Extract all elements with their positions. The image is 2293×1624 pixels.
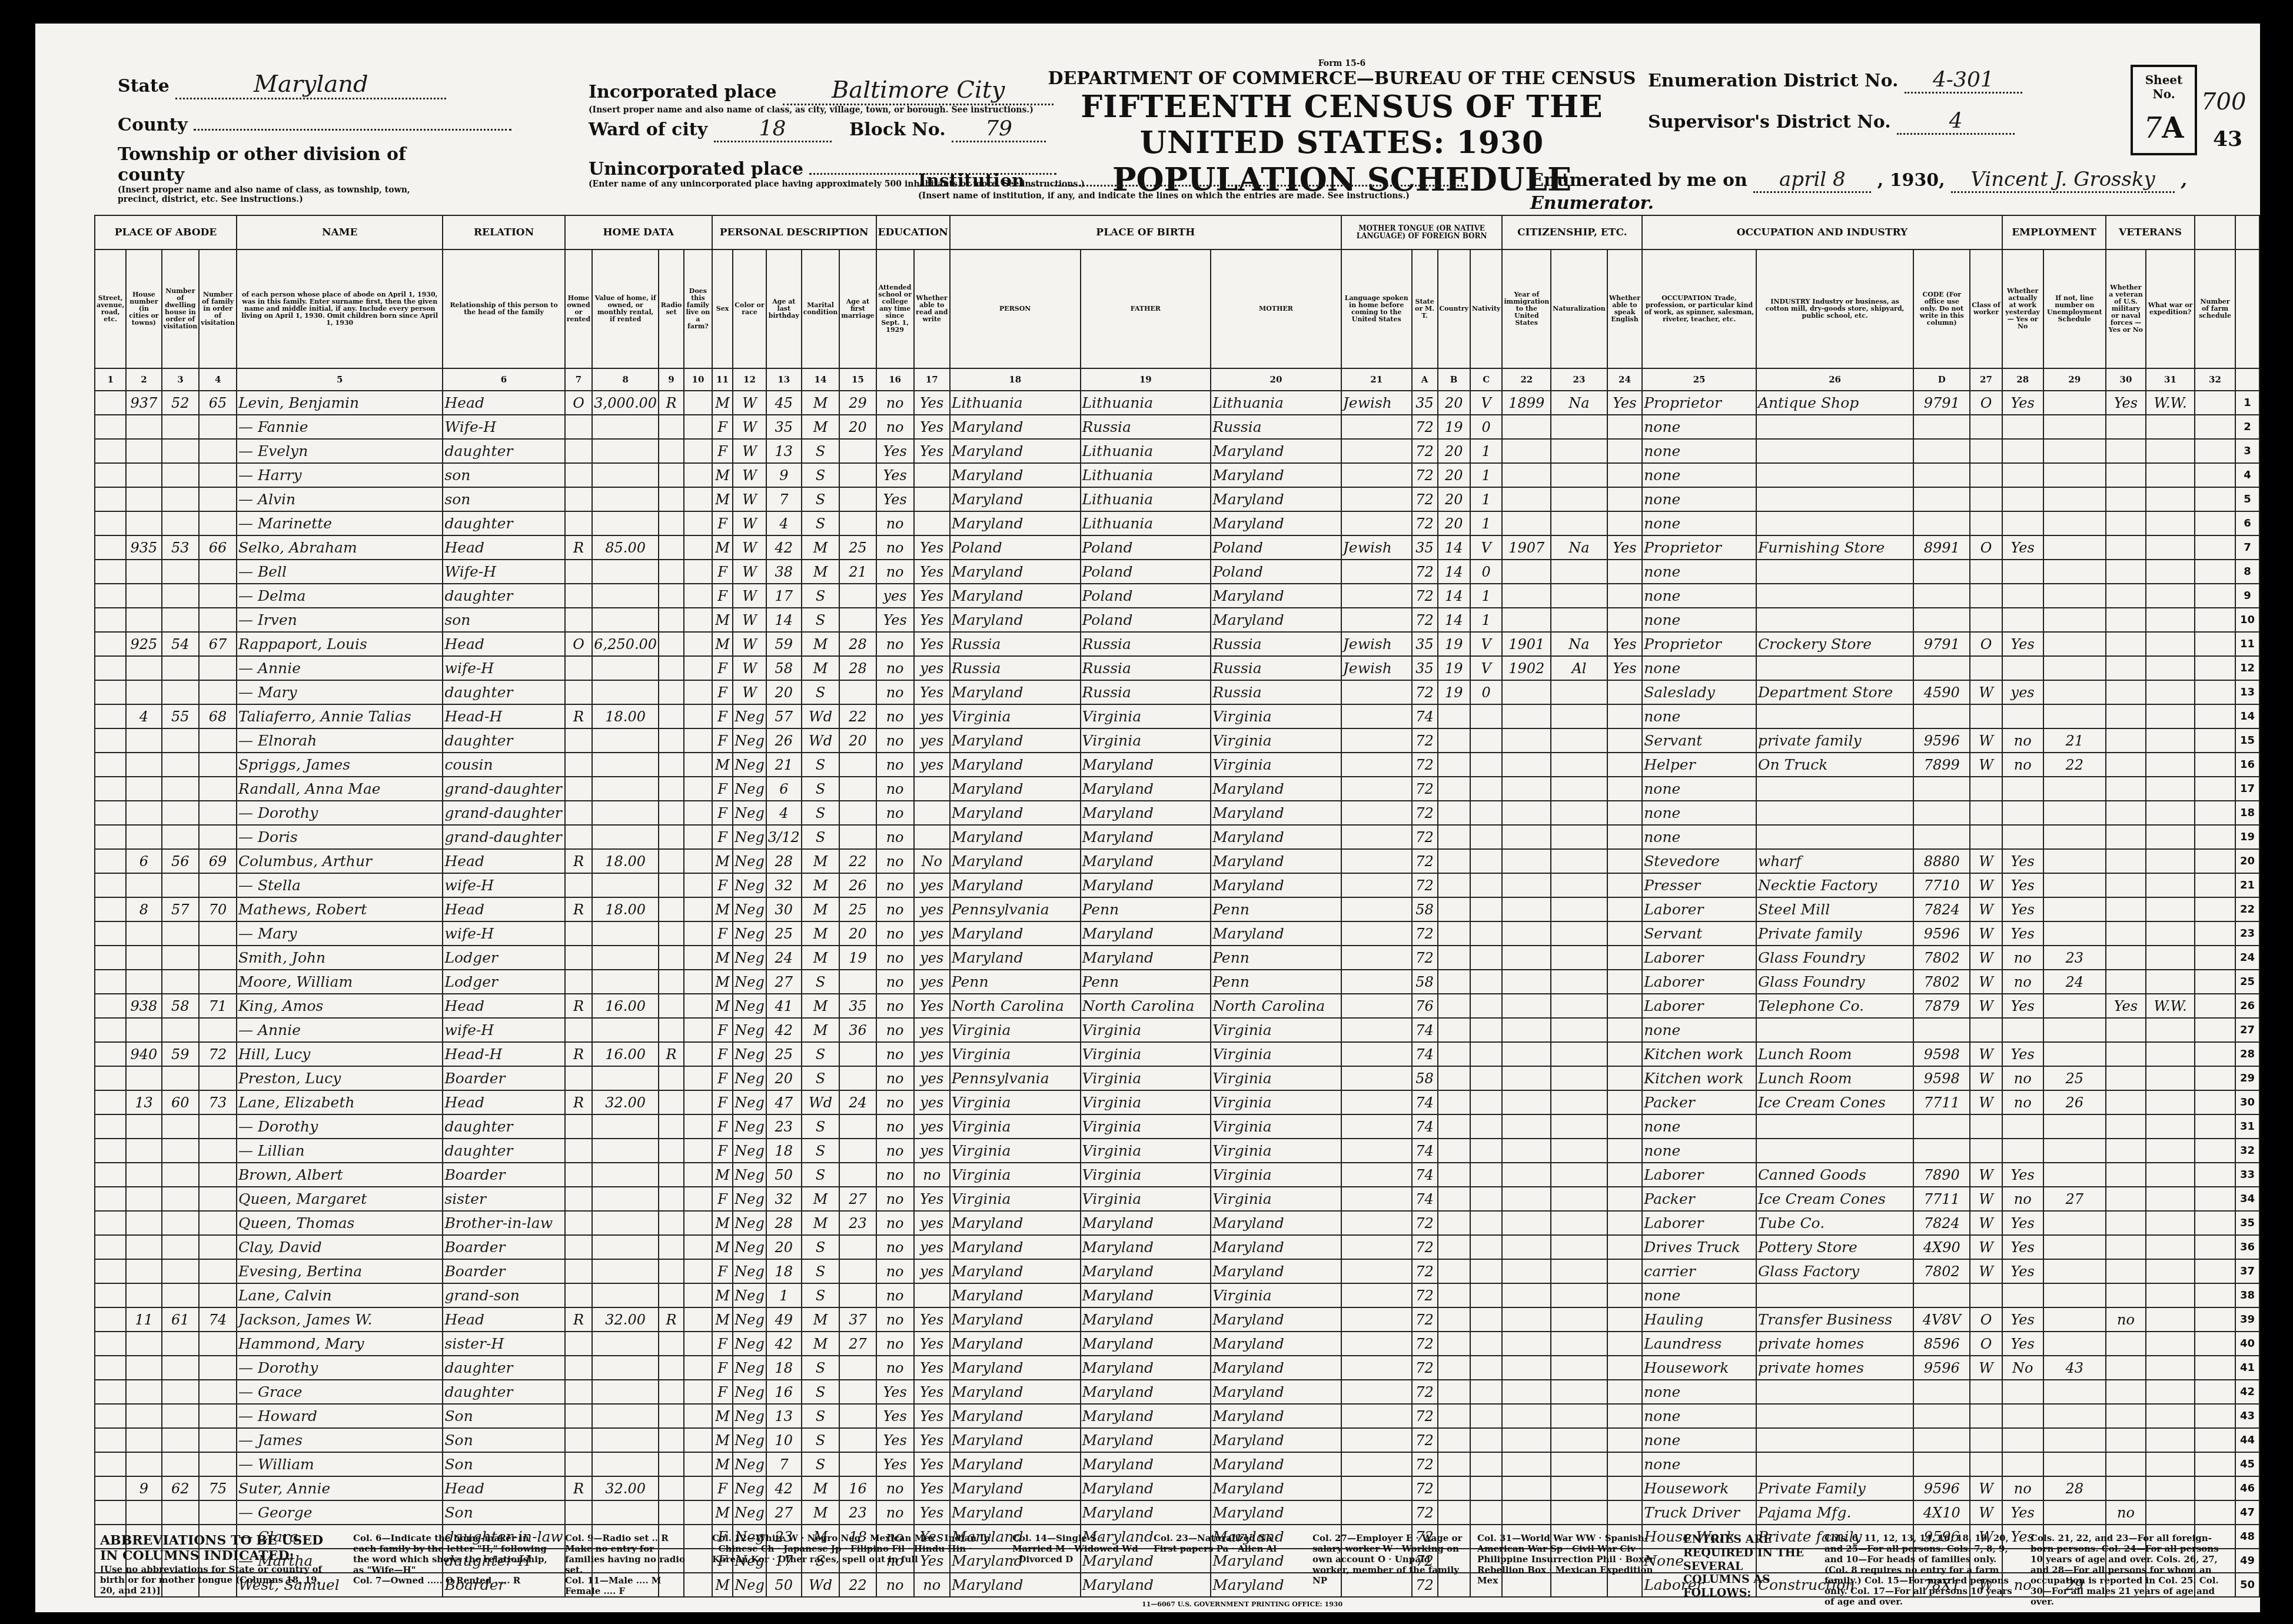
cell-occ: carrier bbox=[1642, 1259, 1756, 1283]
cell-rel: Lodger bbox=[443, 970, 564, 994]
cell-mar: Wd bbox=[802, 1090, 840, 1114]
cell-radio bbox=[659, 873, 684, 897]
cell-sex: F bbox=[712, 1259, 733, 1283]
cell-age: 18 bbox=[766, 1259, 802, 1283]
cell-lang bbox=[1341, 1452, 1412, 1476]
cell-ind: Glass Factory bbox=[1756, 1259, 1913, 1283]
cell-occ: Laborer bbox=[1642, 897, 1756, 921]
cell-cls: W bbox=[1970, 680, 2002, 704]
cell-name: — Delma bbox=[237, 584, 443, 608]
cell-bpf: Maryland bbox=[1081, 1500, 1211, 1525]
cell-code bbox=[1913, 656, 1970, 680]
column-number-30: 30 bbox=[2106, 368, 2146, 391]
table-row: — DelmadaughterFW17SyesYesMarylandPoland… bbox=[95, 584, 2259, 608]
cell-sex: F bbox=[712, 511, 733, 535]
col31-note: Col. 31—World War WW · Spanish-American … bbox=[1477, 1533, 1666, 1586]
cell-vet bbox=[2106, 849, 2146, 873]
cell-work bbox=[2002, 1018, 2043, 1042]
cell-eng: Yes bbox=[1607, 632, 1642, 656]
cell-radio bbox=[659, 801, 684, 825]
cell-sex: F bbox=[712, 584, 733, 608]
table-row: 136073Lane, ElizabethHeadR32.00FNeg47Wd2… bbox=[95, 1090, 2259, 1114]
cell-sch: Yes bbox=[876, 1380, 914, 1404]
cell-age: 57 bbox=[766, 704, 802, 728]
cell-read: yes bbox=[914, 1114, 950, 1139]
cell-mar: M bbox=[802, 1187, 840, 1211]
column-header-11: Sex bbox=[712, 249, 733, 368]
cell-agem: 19 bbox=[839, 946, 876, 970]
cell-b bbox=[1438, 1404, 1470, 1428]
column-header-27: Class of worker bbox=[1970, 249, 2002, 368]
cell-bpf: Lithuania bbox=[1081, 511, 1211, 535]
cell-cls: O bbox=[1970, 1307, 2002, 1332]
cell-line: 26 bbox=[2235, 994, 2259, 1018]
cell-sch: no bbox=[876, 946, 914, 970]
cell-bpf: Maryland bbox=[1081, 1283, 1211, 1307]
cell-sex: M bbox=[712, 1500, 733, 1525]
state-field: State Maryland bbox=[118, 71, 446, 99]
cell-own bbox=[565, 728, 593, 753]
cell-mar: S bbox=[802, 1114, 840, 1139]
cell-eng bbox=[1607, 970, 1642, 994]
cell-fam: 68 bbox=[199, 704, 237, 728]
cell-ind bbox=[1756, 463, 1913, 487]
cell-cls: W bbox=[1970, 1476, 2002, 1500]
cell-fam bbox=[199, 656, 237, 680]
cell-race: Neg bbox=[733, 970, 766, 994]
cell-c bbox=[1470, 1283, 1503, 1307]
cell-vet bbox=[2106, 728, 2146, 753]
col6-note: Col. 6—Indicate the home-maker in each f… bbox=[353, 1533, 547, 1575]
cell-code bbox=[1913, 608, 1970, 632]
cell-own bbox=[565, 560, 593, 584]
cell-fam bbox=[199, 1332, 237, 1356]
cell-cls bbox=[1970, 704, 2002, 728]
cell-nat bbox=[1551, 921, 1607, 946]
cell-bp: Maryland bbox=[950, 439, 1081, 463]
cell-age: 20 bbox=[766, 1235, 802, 1259]
cell-eng bbox=[1607, 1428, 1642, 1452]
cell-eng bbox=[1607, 439, 1642, 463]
col7-note: Col. 7—Owned ..... O Rented ..... R bbox=[353, 1575, 547, 1586]
table-row: Randall, Anna Maegrand-daughterFNeg6SnoM… bbox=[95, 777, 2259, 801]
cell-sch: Yes bbox=[876, 463, 914, 487]
cell-war bbox=[2146, 1283, 2195, 1307]
cell-radio bbox=[659, 535, 684, 560]
cell-val: 85.00 bbox=[592, 535, 659, 560]
cell-race: Neg bbox=[733, 897, 766, 921]
cell-bpf: Maryland bbox=[1081, 1476, 1211, 1500]
cell-sch: no bbox=[876, 1476, 914, 1500]
cell-own bbox=[565, 608, 593, 632]
cell-occ: none bbox=[1642, 1404, 1756, 1428]
cell-code: 7802 bbox=[1913, 946, 1970, 970]
cell-farm bbox=[684, 487, 712, 511]
cell-lang: Jewish bbox=[1341, 391, 1412, 415]
cell-own bbox=[565, 1428, 593, 1452]
cell-bp: Virginia bbox=[950, 1042, 1081, 1066]
cell-code: 8991 bbox=[1913, 535, 1970, 560]
cell-unemp bbox=[2043, 1332, 2106, 1356]
cell-house: 940 bbox=[126, 1042, 161, 1066]
cell-race: W bbox=[733, 656, 766, 680]
cell-occ: Presser bbox=[1642, 873, 1756, 897]
cell-unemp bbox=[2043, 1307, 2106, 1332]
cell-house bbox=[126, 1211, 161, 1235]
cell-line: 24 bbox=[2235, 946, 2259, 970]
cell-line: 41 bbox=[2235, 1356, 2259, 1380]
cell-agem bbox=[839, 801, 876, 825]
cell-dw bbox=[162, 1211, 200, 1235]
cell-line: 18 bbox=[2235, 801, 2259, 825]
column-header-4: Number of family in order of visitation bbox=[199, 249, 237, 368]
column-header-16: Attended school or college any time sinc… bbox=[876, 249, 914, 368]
cell-farmno bbox=[2195, 1259, 2235, 1283]
cell-house bbox=[126, 608, 161, 632]
cell-sex: F bbox=[712, 1090, 733, 1114]
cell-race: Neg bbox=[733, 1090, 766, 1114]
cell-vet bbox=[2106, 873, 2146, 897]
cell-c bbox=[1470, 728, 1503, 753]
group-veterans: VETERANS bbox=[2106, 215, 2195, 249]
street-cell bbox=[95, 560, 126, 584]
cell-bp: Pennsylvania bbox=[950, 897, 1081, 921]
cell-radio bbox=[659, 704, 684, 728]
cell-race: Neg bbox=[733, 825, 766, 849]
cell-name: — Harry bbox=[237, 463, 443, 487]
cell-farmno bbox=[2195, 946, 2235, 970]
cell-ind: Furnishing Store bbox=[1756, 535, 1913, 560]
cell-sex: F bbox=[712, 680, 733, 704]
cell-fam: 74 bbox=[199, 1307, 237, 1332]
cell-house bbox=[126, 560, 161, 584]
cell-sch: no bbox=[876, 1090, 914, 1114]
cell-read: Yes bbox=[914, 1380, 950, 1404]
cell-ind bbox=[1756, 487, 1913, 511]
cell-agem bbox=[839, 753, 876, 777]
cell-val bbox=[592, 1066, 659, 1090]
cell-line: 47 bbox=[2235, 1500, 2259, 1525]
institution-field: Institution (Insert name of institution,… bbox=[918, 171, 1466, 201]
cell-b bbox=[1438, 1042, 1470, 1066]
cell-occ: Proprietor bbox=[1642, 391, 1756, 415]
street-cell bbox=[95, 1090, 126, 1114]
cell-b bbox=[1438, 1235, 1470, 1259]
street-cell bbox=[95, 584, 126, 608]
street-cell bbox=[95, 1042, 126, 1066]
cell-val: 18.00 bbox=[592, 704, 659, 728]
cell-farmno bbox=[2195, 1066, 2235, 1090]
cell-c bbox=[1470, 1476, 1503, 1500]
cell-farm bbox=[684, 680, 712, 704]
group-education: EDUCATION bbox=[876, 215, 950, 249]
cell-bpf: Russia bbox=[1081, 415, 1211, 439]
cell-c: 1 bbox=[1470, 511, 1503, 535]
cell-line: 19 bbox=[2235, 825, 2259, 849]
cell-b: 20 bbox=[1438, 463, 1470, 487]
cell-line: 38 bbox=[2235, 1283, 2259, 1307]
cell-a: 35 bbox=[1412, 391, 1438, 415]
cell-war bbox=[2146, 1090, 2195, 1114]
cell-name: — Howard bbox=[237, 1404, 443, 1428]
cell-cls bbox=[1970, 1139, 2002, 1163]
cell-mar: S bbox=[802, 825, 840, 849]
cell-farm bbox=[684, 825, 712, 849]
cell-farm bbox=[684, 535, 712, 560]
cell-own: O bbox=[565, 391, 593, 415]
cell-unemp bbox=[2043, 1042, 2106, 1066]
street-cell bbox=[95, 1211, 126, 1235]
cell-sex: F bbox=[712, 801, 733, 825]
group-mother-tongue: MOTHER TONGUE (OR NATIVE LANGUAGE) OF FO… bbox=[1341, 215, 1503, 249]
cell-name: — Dorothy bbox=[237, 1114, 443, 1139]
cell-farm bbox=[684, 1356, 712, 1380]
cell-bpm: Virginia bbox=[1211, 1018, 1341, 1042]
cell-agem bbox=[839, 1163, 876, 1187]
county-label: County bbox=[118, 115, 188, 135]
cell-ind: private family bbox=[1756, 728, 1913, 753]
cell-war bbox=[2146, 1139, 2195, 1163]
cell-cls bbox=[1970, 1428, 2002, 1452]
cell-farmno bbox=[2195, 584, 2235, 608]
cell-val bbox=[592, 656, 659, 680]
cell-a: 72 bbox=[1412, 825, 1438, 849]
cell-line: 20 bbox=[2235, 849, 2259, 873]
cell-war: W.W. bbox=[2146, 994, 2195, 1018]
cell-farmno bbox=[2195, 994, 2235, 1018]
cell-agem bbox=[839, 825, 876, 849]
cell-a: 72 bbox=[1412, 1476, 1438, 1500]
cell-sex: F bbox=[712, 704, 733, 728]
cell-sch: no bbox=[876, 1500, 914, 1525]
cell-house: 9 bbox=[126, 1476, 161, 1500]
cell-farmno bbox=[2195, 753, 2235, 777]
cell-mar: M bbox=[802, 921, 840, 946]
cell-cls: W bbox=[1970, 897, 2002, 921]
cell-house: 6 bbox=[126, 849, 161, 873]
cell-work bbox=[2002, 463, 2043, 487]
cell-house bbox=[126, 1163, 161, 1187]
cell-house bbox=[126, 873, 161, 897]
cell-imm bbox=[1502, 1332, 1551, 1356]
cell-line: 48 bbox=[2235, 1525, 2259, 1549]
cell-race: Neg bbox=[733, 801, 766, 825]
cell-sch: no bbox=[876, 656, 914, 680]
cell-eng bbox=[1607, 873, 1642, 897]
cell-dw bbox=[162, 873, 200, 897]
cell-dw bbox=[162, 1187, 200, 1211]
cell-fam bbox=[199, 680, 237, 704]
cell-vet bbox=[2106, 704, 2146, 728]
cell-bpf: Virginia bbox=[1081, 728, 1211, 753]
cell-mar: S bbox=[802, 439, 840, 463]
cell-farmno bbox=[2195, 1307, 2235, 1332]
cell-radio bbox=[659, 463, 684, 487]
cell-ind: Private Family bbox=[1756, 1476, 1913, 1500]
cell-dw bbox=[162, 656, 200, 680]
cell-imm bbox=[1502, 1163, 1551, 1187]
cell-age: 35 bbox=[766, 415, 802, 439]
cell-occ: Housework bbox=[1642, 1356, 1756, 1380]
enumerated-by-field: Enumerated by me on april 8 , 1930, Vinc… bbox=[1530, 168, 2260, 214]
cell-cls bbox=[1970, 825, 2002, 849]
cell-ind bbox=[1756, 1283, 1913, 1307]
cell-farm bbox=[684, 1163, 712, 1187]
cell-work: no bbox=[2002, 728, 2043, 753]
cell-ind bbox=[1756, 1139, 1913, 1163]
cell-val bbox=[592, 463, 659, 487]
cell-work: Yes bbox=[2002, 1500, 2043, 1525]
cell-ind bbox=[1756, 560, 1913, 584]
cell-c bbox=[1470, 753, 1503, 777]
cell-occ: none bbox=[1642, 801, 1756, 825]
cell-imm bbox=[1502, 680, 1551, 704]
cell-read: yes bbox=[914, 704, 950, 728]
cell-bpm: Maryland bbox=[1211, 511, 1341, 535]
cell-name: — Evelyn bbox=[237, 439, 443, 463]
cell-a: 72 bbox=[1412, 415, 1438, 439]
cell-own bbox=[565, 656, 593, 680]
cell-name: — George bbox=[237, 1500, 443, 1525]
cell-imm bbox=[1502, 1476, 1551, 1500]
cell-war bbox=[2146, 1307, 2195, 1332]
cell-cls: W bbox=[1970, 1235, 2002, 1259]
cell-imm bbox=[1502, 1259, 1551, 1283]
cell-c: 0 bbox=[1470, 560, 1503, 584]
table-row: — GeorgeSonMNeg27M23noYesMarylandMarylan… bbox=[95, 1500, 2259, 1525]
cell-bp: Maryland bbox=[950, 777, 1081, 801]
cell-race: Neg bbox=[733, 849, 766, 873]
cell-farmno bbox=[2195, 1042, 2235, 1066]
cell-nat bbox=[1551, 873, 1607, 897]
stamp-number: 700 bbox=[2201, 88, 2246, 115]
cell-imm: 1907 bbox=[1502, 535, 1551, 560]
cell-b bbox=[1438, 1380, 1470, 1404]
cell-work bbox=[2002, 415, 2043, 439]
cell-nat bbox=[1551, 584, 1607, 608]
cell-bpf: Maryland bbox=[1081, 1259, 1211, 1283]
cell-name: — Annie bbox=[237, 656, 443, 680]
cell-house: 8 bbox=[126, 897, 161, 921]
cell-mar: M bbox=[802, 1476, 840, 1500]
cell-name: Brown, Albert bbox=[237, 1163, 443, 1187]
cell-bpf: Maryland bbox=[1081, 753, 1211, 777]
cell-c bbox=[1470, 994, 1503, 1018]
cell-val bbox=[592, 1211, 659, 1235]
cell-house bbox=[126, 1066, 161, 1090]
cell-vet bbox=[2106, 1332, 2146, 1356]
cell-cls: W bbox=[1970, 946, 2002, 970]
cell-lang bbox=[1341, 1476, 1412, 1500]
cell-ind: private homes bbox=[1756, 1356, 1913, 1380]
cell-imm bbox=[1502, 1187, 1551, 1211]
column-number-6: 6 bbox=[443, 368, 564, 391]
cell-eng bbox=[1607, 560, 1642, 584]
cell-house bbox=[126, 439, 161, 463]
cell-farm bbox=[684, 1307, 712, 1332]
cell-occ: Laborer bbox=[1642, 994, 1756, 1018]
column-header-7: Home owned or rented bbox=[565, 249, 593, 368]
cell-cls bbox=[1970, 439, 2002, 463]
cell-dw bbox=[162, 1356, 200, 1380]
cell-fam bbox=[199, 753, 237, 777]
street-cell bbox=[95, 511, 126, 535]
state-value: Maryland bbox=[175, 71, 446, 99]
cell-work: No bbox=[2002, 1356, 2043, 1380]
cell-read: Yes bbox=[914, 1428, 950, 1452]
cell-sex: M bbox=[712, 391, 733, 415]
cell-farmno bbox=[2195, 849, 2235, 873]
street-cell bbox=[95, 994, 126, 1018]
street-cell bbox=[95, 1356, 126, 1380]
cell-nat bbox=[1551, 1066, 1607, 1090]
cell-val bbox=[592, 1139, 659, 1163]
cell-farm bbox=[684, 849, 712, 873]
cell-occ: none bbox=[1642, 1380, 1756, 1404]
cell-own bbox=[565, 463, 593, 487]
cell-ind: On Truck bbox=[1756, 753, 1913, 777]
cell-eng bbox=[1607, 801, 1642, 825]
cell-mar: S bbox=[802, 1428, 840, 1452]
cell-race: Neg bbox=[733, 777, 766, 801]
cell-bpm: Maryland bbox=[1211, 921, 1341, 946]
cell-fam bbox=[199, 873, 237, 897]
cell-dw bbox=[162, 463, 200, 487]
column-number-16: 16 bbox=[876, 368, 914, 391]
cell-age: 21 bbox=[766, 753, 802, 777]
cell-cls: O bbox=[1970, 391, 2002, 415]
cell-a: 72 bbox=[1412, 487, 1438, 511]
cell-race: W bbox=[733, 415, 766, 439]
cell-read: Yes bbox=[914, 1476, 950, 1500]
cell-eng bbox=[1607, 1090, 1642, 1114]
table-row: Evesing, BertinaBoarderFNeg18SnoyesMaryl… bbox=[95, 1259, 2259, 1283]
cell-val bbox=[592, 1187, 659, 1211]
cell-radio bbox=[659, 415, 684, 439]
cell-sex: F bbox=[712, 1332, 733, 1356]
cell-sch: no bbox=[876, 391, 914, 415]
cell-war bbox=[2146, 487, 2195, 511]
column-number-8: 8 bbox=[592, 368, 659, 391]
cell-bpf: Penn bbox=[1081, 897, 1211, 921]
cell-farmno bbox=[2195, 1018, 2235, 1042]
cell-sch: no bbox=[876, 511, 914, 535]
cell-ind bbox=[1756, 415, 1913, 439]
cell-rel: Boarder bbox=[443, 1163, 564, 1187]
cell-rel: Head bbox=[443, 994, 564, 1018]
table-row: — Dorothygrand-daughterFNeg4SnoMarylandM… bbox=[95, 801, 2259, 825]
supervisor-district-field: Supervisor's District No. 4 bbox=[1648, 109, 2015, 135]
cell-b bbox=[1438, 970, 1470, 994]
cell-unemp bbox=[2043, 1452, 2106, 1476]
cell-sch: no bbox=[876, 1235, 914, 1259]
cell-rel: daughter bbox=[443, 439, 564, 463]
cell-read: Yes bbox=[914, 535, 950, 560]
cell-b: 20 bbox=[1438, 511, 1470, 535]
cell-farm bbox=[684, 656, 712, 680]
cell-war bbox=[2146, 1042, 2195, 1066]
cell-unemp bbox=[2043, 511, 2106, 535]
cell-occ: none bbox=[1642, 704, 1756, 728]
cell-vet bbox=[2106, 1163, 2146, 1187]
cell-fam bbox=[199, 463, 237, 487]
cell-c bbox=[1470, 946, 1503, 970]
cell-bpm: Maryland bbox=[1211, 1476, 1341, 1500]
column-number-17: 17 bbox=[914, 368, 950, 391]
cell-b bbox=[1438, 753, 1470, 777]
cell-nat bbox=[1551, 1018, 1607, 1042]
cell-farm bbox=[684, 994, 712, 1018]
